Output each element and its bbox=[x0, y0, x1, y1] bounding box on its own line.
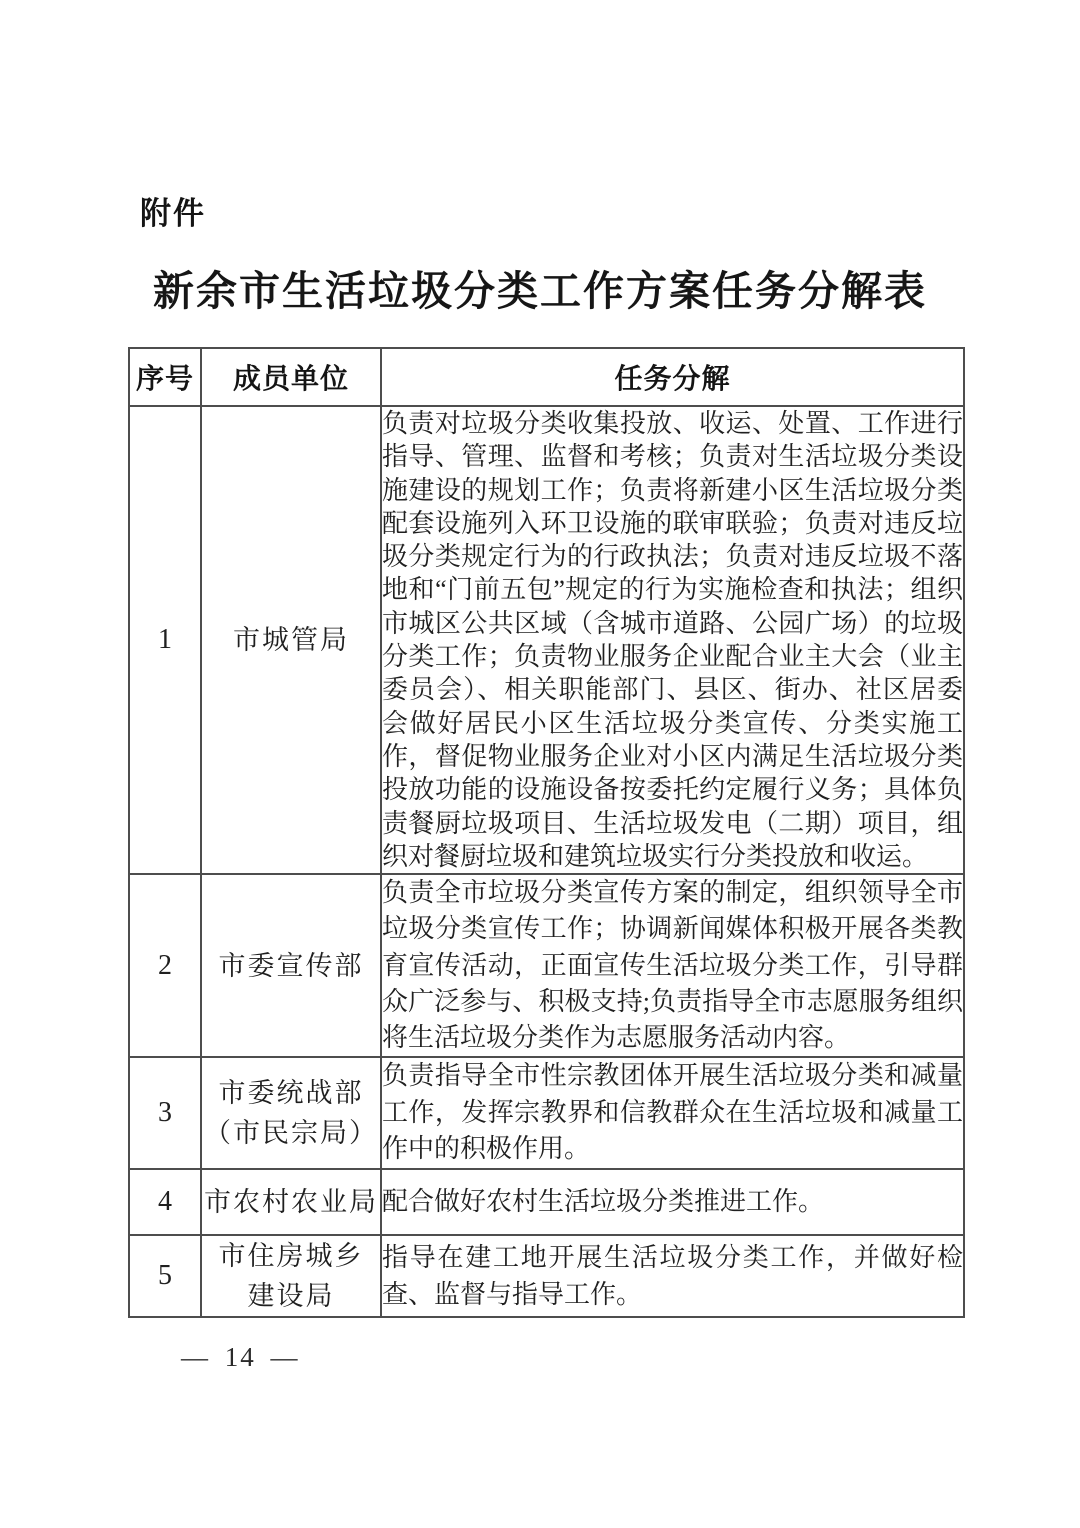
unit-name: 市城管局 bbox=[201, 406, 381, 874]
header-cell-unit: 成员单位 bbox=[201, 348, 381, 406]
page-title: 新余市生活垃圾分类工作方案任务分解表 bbox=[0, 258, 1080, 317]
table-row: 5 市住房城乡 建设局 指导在建工地开展生活垃圾分类工作，并做好检查、监督与指导… bbox=[129, 1235, 964, 1317]
unit-name: 市住房城乡 建设局 bbox=[201, 1235, 381, 1317]
row-index: 2 bbox=[129, 874, 201, 1057]
task-description: 配合做好农村生活垃圾分类推进工作。 bbox=[381, 1169, 964, 1235]
task-breakdown-table: 序号 成员单位 任务分解 1 市城管局 负责对垃圾分类收集投放、收运、处置、工作… bbox=[128, 347, 965, 1318]
table-header-row: 序号 成员单位 任务分解 bbox=[129, 348, 964, 406]
document-page: 附件 新余市生活垃圾分类工作方案任务分解表 序号 成员单位 任务分解 1 市城管… bbox=[0, 0, 1080, 1528]
row-index: 1 bbox=[129, 406, 201, 874]
table-row: 1 市城管局 负责对垃圾分类收集投放、收运、处置、工作进行指导、管理、监督和考核… bbox=[129, 406, 964, 874]
row-index: 3 bbox=[129, 1057, 201, 1169]
unit-name: 市委统战部 （市民宗局） bbox=[201, 1057, 381, 1169]
task-description: 负责全市垃圾分类宣传方案的制定，组织领导全市垃圾分类宣传工作；协调新闻媒体积极开… bbox=[381, 874, 964, 1057]
unit-name: 市农村农业局 bbox=[201, 1169, 381, 1235]
task-description: 指导在建工地开展生活垃圾分类工作，并做好检查、监督与指导工作。 bbox=[381, 1235, 964, 1317]
table-row: 3 市委统战部 （市民宗局） 负责指导全市性宗教团体开展生活垃圾分类和减量工作，… bbox=[129, 1057, 964, 1169]
task-description: 负责指导全市性宗教团体开展生活垃圾分类和减量工作，发挥宗教界和信教群众在生活垃圾… bbox=[381, 1057, 964, 1169]
header-cell-index: 序号 bbox=[129, 348, 201, 406]
page-number: — 14 — bbox=[181, 1342, 300, 1373]
row-index: 4 bbox=[129, 1169, 201, 1235]
task-description: 负责对垃圾分类收集投放、收运、处置、工作进行指导、管理、监督和考核；负责对生活垃… bbox=[381, 406, 964, 874]
unit-name: 市委宣传部 bbox=[201, 874, 381, 1057]
attachment-label: 附件 bbox=[140, 188, 206, 233]
header-cell-task: 任务分解 bbox=[381, 348, 964, 406]
row-index: 5 bbox=[129, 1235, 201, 1317]
table-row: 2 市委宣传部 负责全市垃圾分类宣传方案的制定，组织领导全市垃圾分类宣传工作；协… bbox=[129, 874, 964, 1057]
table-row: 4 市农村农业局 配合做好农村生活垃圾分类推进工作。 bbox=[129, 1169, 964, 1235]
